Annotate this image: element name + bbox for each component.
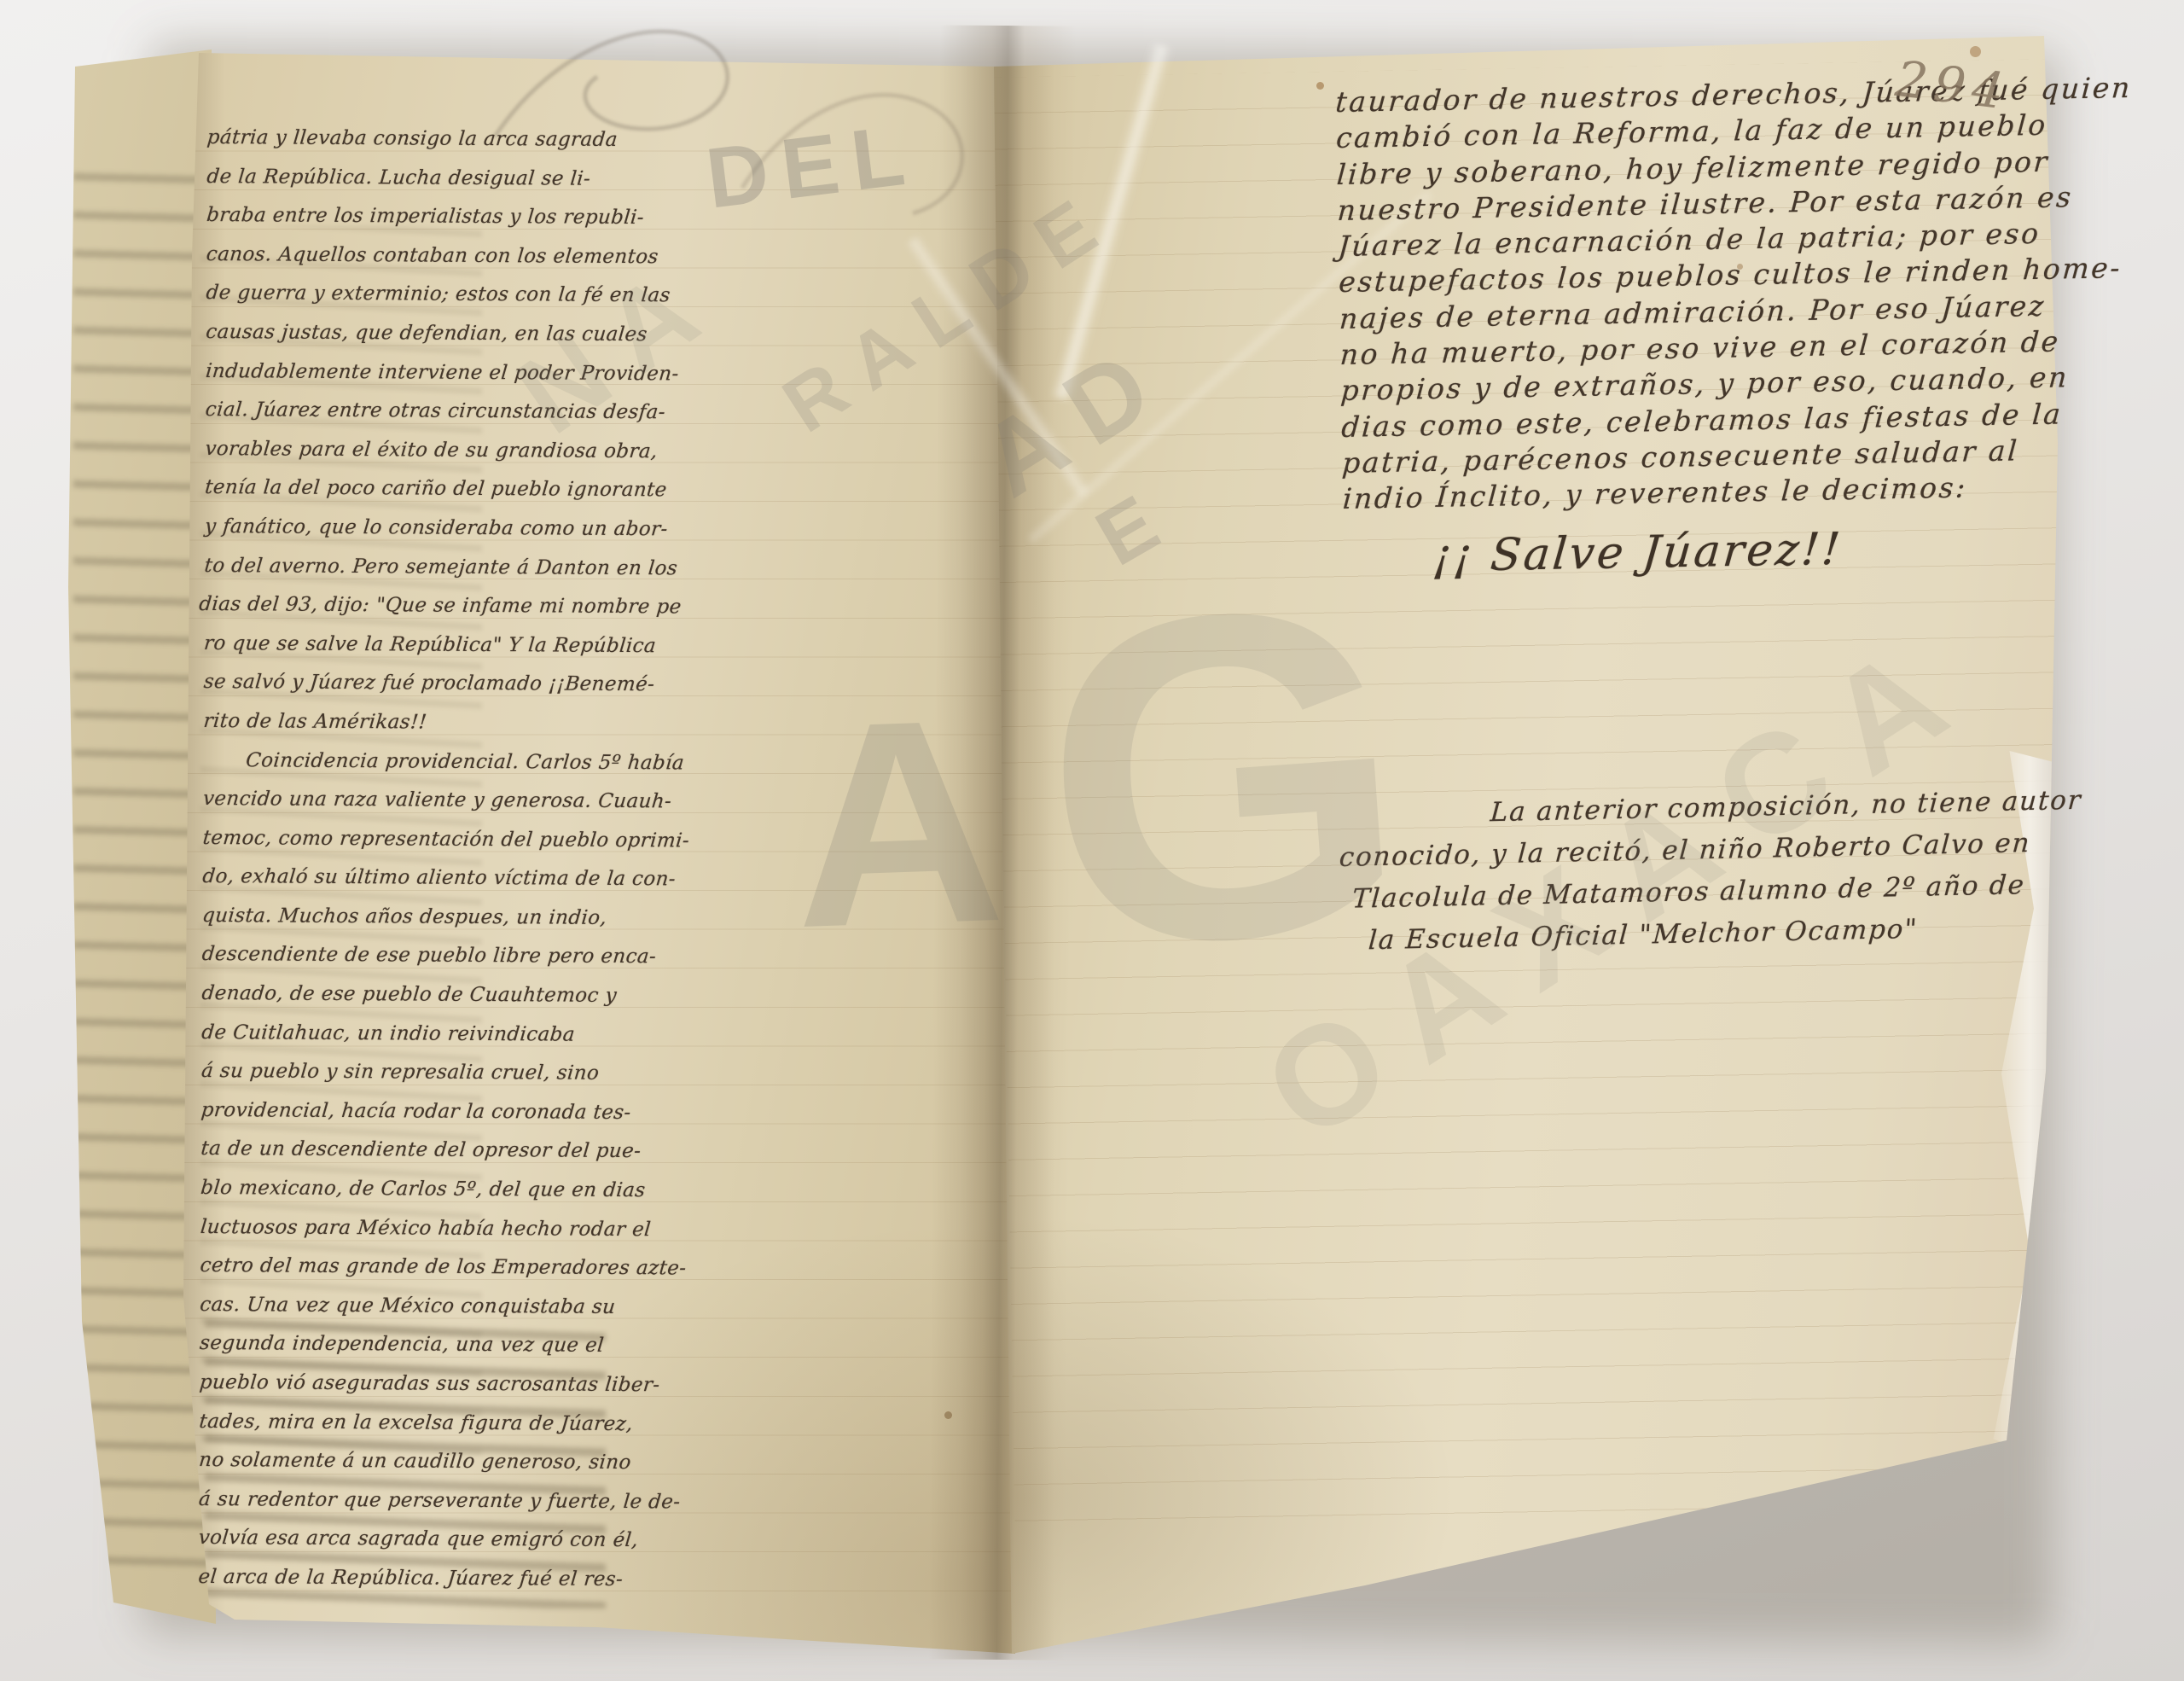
manuscript-line: quista. Muchos años despues, un indio, (200, 904, 690, 946)
manuscript-line: canos. Aquellos contaban con los element… (204, 243, 694, 285)
manuscript-line: cas. Una vez que México conquistaba su (197, 1294, 688, 1335)
right-page-text: taurador de nuestros derechos, Júarez fu… (1335, 71, 2140, 519)
manuscript-line: pátria y llevaba consigo la arca sagrada (205, 126, 695, 168)
manuscript-line: luctuosos para México había hecho rodar … (198, 1216, 688, 1258)
manuscript-line: se salvó y Júarez fué proclamado ¡¡Benem… (201, 671, 692, 713)
manuscript-line: denado, de ese pueblo de Cuauhtemoc y (200, 982, 690, 1024)
manuscript-line: de Cuitlahuac, un indio reivindicaba (199, 1021, 689, 1063)
manuscript-line: á su pueblo y sin represalia cruel, sino (199, 1060, 689, 1102)
manuscript-line: tenía la del poco cariño del pueblo igno… (202, 476, 693, 518)
manuscript-line: braba entre los imperialistas y los repu… (204, 204, 694, 246)
manuscript-line: ta de un descendiente del opresor del pu… (198, 1137, 688, 1179)
salve-juarez-line: ¡¡ Salve Júarez!! (1431, 524, 1844, 582)
manuscript-line: to del averno. Pero semejante á Danton e… (202, 555, 693, 596)
manuscript-line: segunda independencia, una vez que el (197, 1332, 688, 1374)
manuscript-line: rito de las Amérikas!! (201, 710, 692, 752)
manuscript-line: vorables para el éxito de su grandiosa o… (202, 438, 693, 480)
manuscript-line: y fanático, que lo consideraba como un a… (202, 515, 693, 557)
manuscript-line: de guerra y exterminio; estos con la fé … (204, 282, 694, 323)
manuscript-line: tades, mira en la excelsa figura de Júar… (197, 1411, 688, 1452)
manuscript-line: blo mexicano, de Carlos 5º, del que en d… (198, 1177, 688, 1219)
closing-note-text: La anterior composición, no tiene autorc… (1338, 785, 2084, 968)
manuscript-line: cial. Júarez entre otras circunstancias … (203, 398, 694, 440)
manuscript-photo: pátria y llevaba consigo la arca sagrada… (0, 0, 2184, 1681)
manuscript-line: vencido una raza valiente y generosa. Cu… (200, 788, 691, 829)
manuscript-line: el arca de la República. Júarez fué el r… (195, 1566, 686, 1608)
manuscript-line: á su redentor que perseverante y fuerte,… (196, 1488, 687, 1530)
manuscript-line: Coincidencia providencial. Carlos 5º hab… (243, 749, 691, 791)
manuscript-line: temoc, como representación del pueblo op… (200, 827, 691, 869)
manuscript-line: volvía esa arca sagrada que emigró con é… (196, 1527, 687, 1568)
manuscript-line: dias del 93, dijo: "Que se infame mi nom… (196, 593, 692, 635)
manuscript-line: indudablemente interviene el poder Provi… (203, 360, 694, 402)
manuscript-line: no solamente á un caudillo generoso, sin… (196, 1449, 687, 1491)
left-page-text: pátria y llevaba consigo la arca sagrada… (197, 126, 693, 1608)
manuscript-line: ro que se salve la República" Y la Repúb… (201, 632, 692, 674)
manuscript-line: descendiente de ese pueblo libre pero en… (200, 943, 690, 985)
foxing-spots (1316, 82, 1324, 90)
manuscript-line: causas justas, que defendian, en las cua… (203, 321, 694, 363)
manuscript-line: providencial, hacía rodar la coronada te… (199, 1099, 689, 1141)
manuscript-line: de la República. Lucha desigual se li- (204, 166, 694, 207)
manuscript-line: pueblo vió aseguradas sus sacrosantas li… (197, 1371, 688, 1413)
manuscript-line: cetro del mas grande de los Emperadores … (198, 1254, 688, 1296)
manuscript-line: do, exhaló su último aliento víctima de … (200, 865, 690, 907)
